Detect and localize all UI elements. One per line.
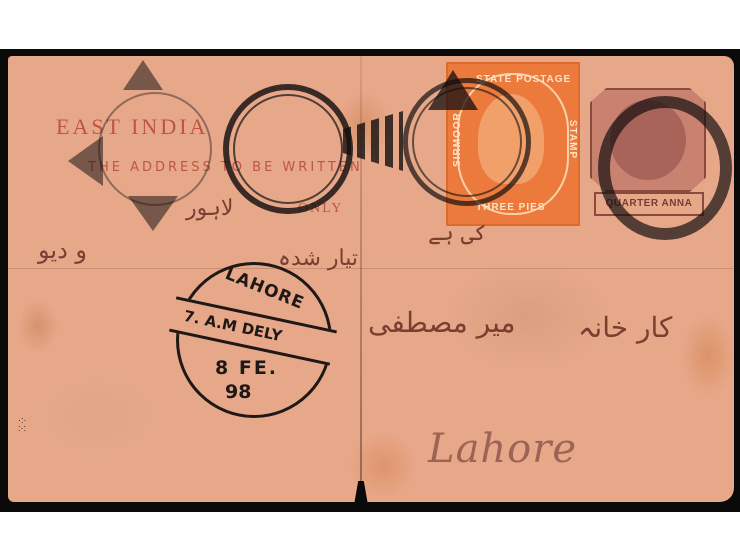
stamp-postmark	[403, 78, 531, 206]
faint-postmark	[98, 92, 212, 206]
postal-card: EAST INDIA THE ADDRESS TO BE WRITTEN ONL…	[8, 56, 734, 502]
handwriting-line: کار خانہ	[578, 311, 672, 344]
handwriting-line: لاہور	[186, 196, 233, 221]
handwriting-line: کی ہے	[428, 221, 487, 246]
postmark-city: LAHORE	[222, 264, 307, 314]
edge-tear	[354, 481, 368, 502]
handwriting-line: تیار شدہ	[278, 246, 358, 271]
cancel-diamond-top	[123, 60, 163, 90]
handwriting-english: Lahore	[428, 426, 577, 472]
cancel-diamond-left	[68, 136, 103, 186]
postmark-inner-ring	[233, 94, 343, 204]
sirmoor-state-postmark	[223, 84, 353, 214]
handwriting-line: و دیو	[38, 236, 87, 264]
indicium-cancel	[598, 96, 732, 240]
postmark-date: 8 FE.	[215, 357, 278, 379]
stamp-value-text: THREE PIES	[476, 202, 545, 213]
lahore-postmark: LAHORE 7. A.M DELY 8 FE. 98	[176, 262, 332, 418]
handwriting-line: میر مصطفی	[368, 306, 516, 339]
postmark-inner-ring	[412, 87, 522, 197]
horizontal-crease	[8, 268, 734, 269]
ink-specks: ·:·:·:	[18, 416, 27, 432]
stamp-right-text: STAMP	[567, 120, 578, 159]
cancel-diamond-bottom	[128, 196, 178, 231]
postmark-year: 98	[225, 381, 251, 403]
vertical-crease	[360, 56, 362, 502]
